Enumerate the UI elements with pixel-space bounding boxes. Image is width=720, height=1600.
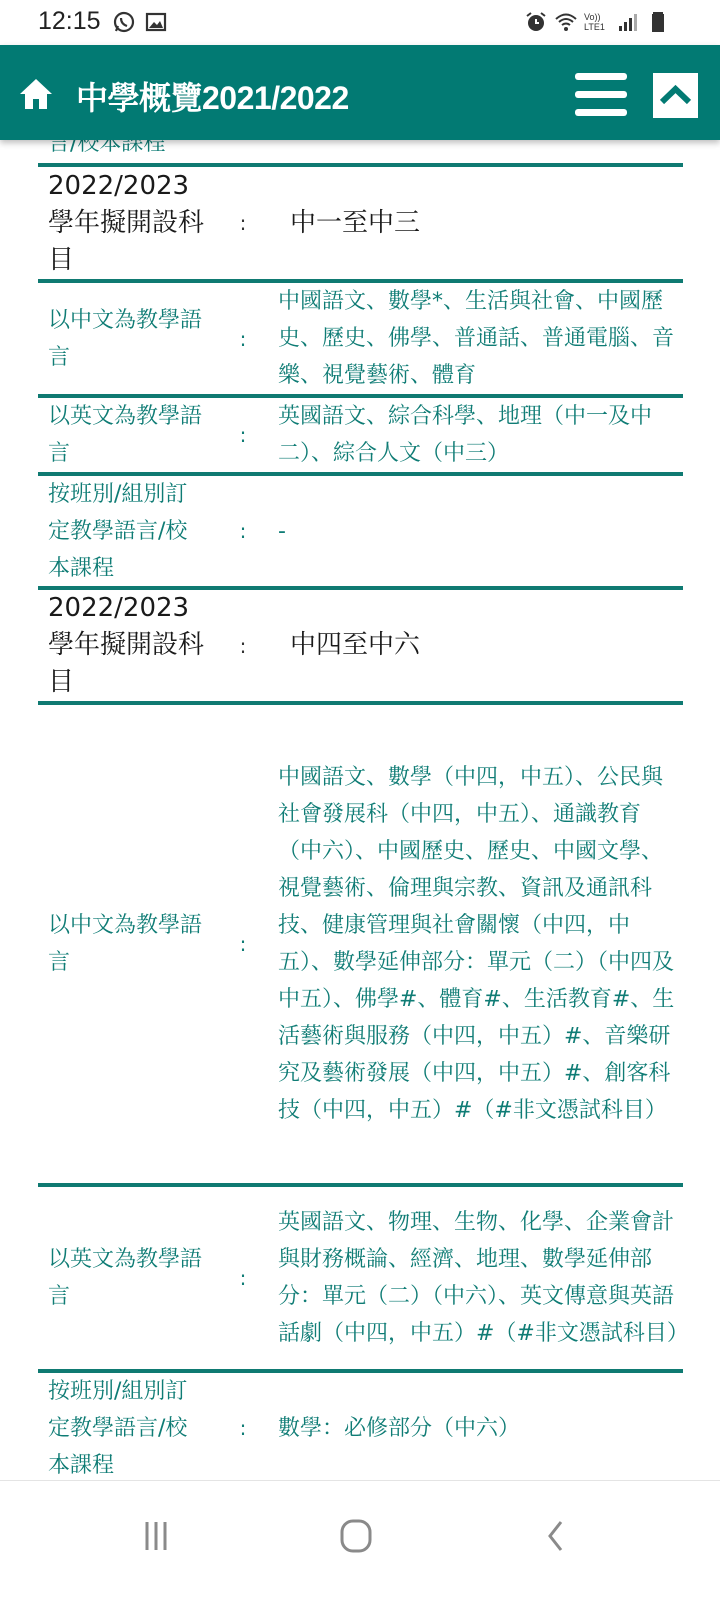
subjects-table: 言/校本課程 2022/2023學年擬開設科目 : 中一至中三 以中文為教學語言… (38, 140, 683, 1487)
battery-icon (646, 10, 670, 34)
home-icon[interactable] (18, 77, 54, 111)
table-row-senior-by-class: 按班別/組別訂定教學語言/校本課程 : 數學：必修部分（中六） (38, 1369, 683, 1487)
row-value: 中國語文、數學*、生活與社會、中國歷史、歷史、佛學、普通話、普通電腦、音樂、視覺… (278, 283, 683, 394)
row-value: 英國語文、物理、生物、化學、企業會計與財務概論、經濟、地理、數學延伸部分：單元（… (278, 1187, 683, 1369)
row-colon: : (208, 167, 278, 279)
back-icon[interactable] (526, 1506, 586, 1566)
row-value: 中國語文、數學（中四，中五）、公民與社會發展科（中四，中五）、通識教育（中六）、… (278, 705, 683, 1183)
page-title: 中學概覽2021/2022 (76, 73, 349, 119)
row-label: 2022/2023學年擬開設科目 (38, 590, 208, 701)
image-icon (144, 10, 168, 34)
wifi-icon (554, 10, 578, 34)
table-row-senior-chinese: 以中文為教學語言 : 中國語文、數學（中四，中五）、公民與社會發展科（中四，中五… (38, 701, 683, 1183)
table-row-junior-by-class: 按班別/組別訂定教學語言/校本課程 : - (38, 472, 683, 586)
row-label: 以中文為教學語言 (38, 705, 208, 1183)
hamburger-menu-button[interactable] (575, 73, 627, 117)
table-row-junior-heading: 2022/2023學年擬開設科目 : 中一至中三 (38, 163, 683, 279)
whatsapp-icon (112, 10, 136, 34)
system-nav-bar (0, 1480, 720, 1600)
row-value: 數學：必修部分（中六） (278, 1373, 683, 1483)
row-colon: : (208, 1187, 278, 1369)
row-value: 中一至中三 (278, 167, 683, 279)
row-label: 按班別/組別訂定教學語言/校本課程 (38, 1373, 208, 1483)
alarm-icon (524, 10, 548, 34)
app-header: 中學概覽2021/2022 (0, 45, 720, 140)
home-circle-icon[interactable] (326, 1506, 386, 1566)
table-row-junior-english: 以英文為教學語言 : 英國語文、綜合科學、地理（中一及中二）、綜合人文（中三） (38, 394, 683, 472)
row-value: 中四至中六 (278, 590, 683, 701)
row-label: 以中文為教學語言 (38, 283, 208, 394)
status-bar: 12:15 Vo)) LTE1 (0, 0, 720, 45)
chevron-up-icon (653, 73, 698, 118)
row-colon: : (208, 283, 278, 394)
row-colon: : (208, 1373, 278, 1483)
hamburger-menu-icon (575, 73, 627, 80)
row-colon: : (208, 398, 278, 472)
row-colon: : (208, 476, 278, 586)
row-label: 按班別/組別訂定教學語言/校本課程 (38, 476, 208, 586)
row-label: 以英文為教學語言 (38, 398, 208, 472)
row-label: 2022/2023學年擬開設科目 (38, 167, 208, 279)
row-colon: : (208, 590, 278, 701)
table-row-junior-chinese: 以中文為教學語言 : 中國語文、數學*、生活與社會、中國歷史、歷史、佛學、普通話… (38, 279, 683, 394)
scroll-to-top-button[interactable] (653, 73, 698, 118)
status-time: 12:15 (38, 7, 101, 36)
row-value: 英國語文、綜合科學、地理（中一及中二）、綜合人文（中三） (278, 398, 683, 472)
row-label: 以英文為教學語言 (38, 1187, 208, 1369)
row-colon: : (208, 705, 278, 1183)
table-row-senior-heading: 2022/2023學年擬開設科目 : 中四至中六 (38, 586, 683, 701)
recent-apps-icon[interactable] (126, 1506, 186, 1566)
clipped-row-label: 言/校本課程 (38, 140, 683, 163)
row-value: - (278, 476, 683, 586)
signal-icon (616, 10, 640, 34)
volte-lte1-icon: Vo)) LTE1 (584, 12, 610, 32)
table-row-senior-english: 以英文為教學語言 : 英國語文、物理、生物、化學、企業會計與財務概論、經濟、地理… (38, 1183, 683, 1369)
